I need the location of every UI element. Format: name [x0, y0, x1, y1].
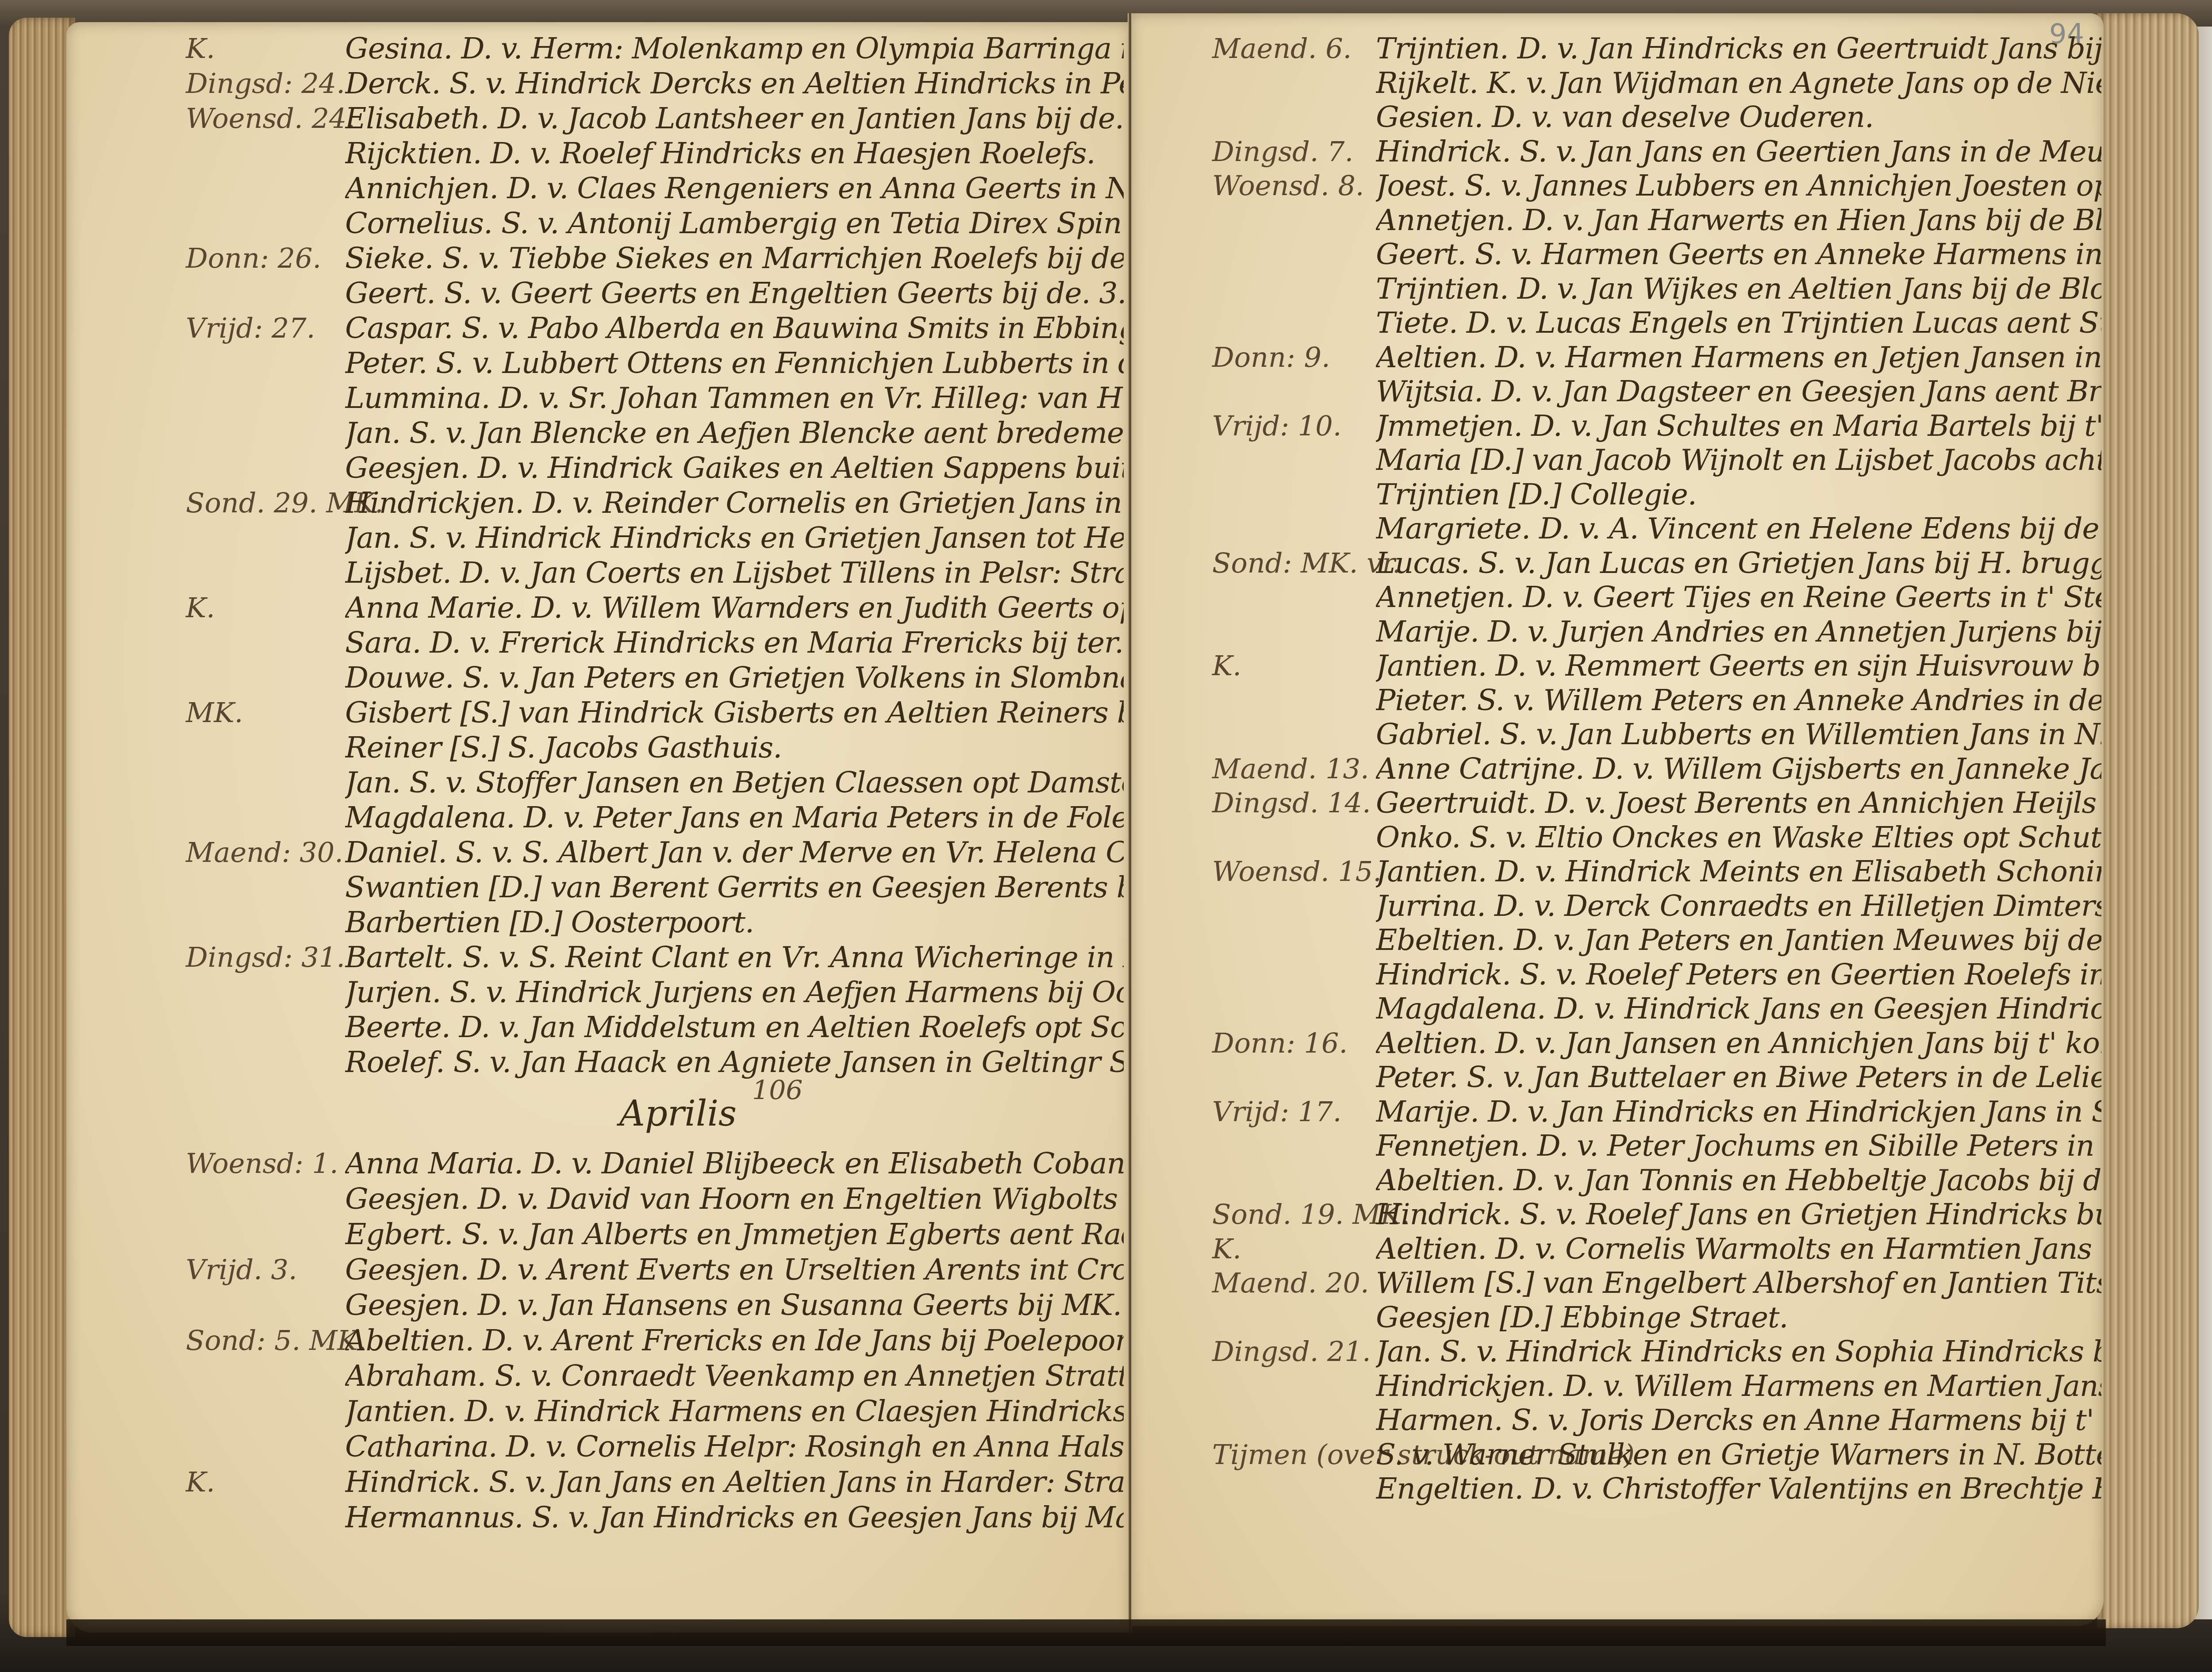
- entry-date-label: MK.: [186, 695, 243, 730]
- register-entry: Reiner [S.] S. Jacobs Gasthuis.: [345, 730, 782, 765]
- month-heading: Aprilis: [619, 1093, 737, 1134]
- register-entry: Beerte. D. v. Jan Middelstum en Aeltien …: [345, 1010, 1124, 1045]
- register-entry: Jmmetjen. D. v. Jan Schultes en Maria Ba…: [1376, 408, 2101, 444]
- entry-date-label: Woensd. 8.: [1212, 168, 1364, 204]
- register-entry: Fennetjen. D. v. Peter Jochums en Sibill…: [1376, 1128, 2101, 1164]
- register-entry: Jurjen. S. v. Hindrick Jurjens en Aefjen…: [345, 975, 1124, 1010]
- register-entry: Catharina. D. v. Cornelis Helpr: Rosingh…: [345, 1429, 1124, 1464]
- register-entry: Bartelt. S. v. S. Reint Clant en Vr. Ann…: [345, 940, 1124, 975]
- register-entry: Harmen. S. v. Joris Dercks en Anne Harme…: [1376, 1403, 2101, 1438]
- entry-date-label: Sond: 5. MK.: [186, 1323, 366, 1358]
- entry-date-label: Vrijd. 3.: [186, 1252, 297, 1288]
- register-entry: Rijcktien. D. v. Roelef Hindricks en Hae…: [345, 136, 1095, 171]
- entry-date-label: Sond: MK. vr.: [1212, 546, 1401, 581]
- entry-date-label: Maend. 13.: [1212, 751, 1369, 787]
- register-entry: Lummina. D. v. Sr. Johan Tammen en Vr. H…: [345, 381, 1124, 416]
- entry-date-label: K.: [186, 31, 215, 66]
- folio-note: 106: [752, 1075, 803, 1106]
- register-entry: Marije. D. v. Jurjen Andries en Annetjen…: [1376, 614, 2101, 650]
- register-entry: Wijtsia. D. v. Jan Dagsteer en Geesjen J…: [1376, 374, 2101, 409]
- entry-date-label: Maend. 6.: [1212, 31, 1352, 66]
- register-entry: Barbertien [D.] Oosterpoort.: [345, 905, 754, 940]
- register-entry: Tiete. D. v. Lucas Engels en Trijntien L…: [1376, 305, 2101, 341]
- entry-date-label: K.: [186, 590, 215, 626]
- right-page-edges: [2097, 13, 2199, 1628]
- register-entry: Gesina. D. v. Herm: Molenkamp en Olympia…: [345, 31, 1124, 66]
- register-entry: Geesjen. D. v. Hindrick Gaikes en Aeltie…: [345, 450, 1124, 486]
- register-entry: Roelef. S. v. Jan Haack en Agniete Janse…: [345, 1045, 1124, 1080]
- register-entry: Cornelius. S. v. Antonij Lambergig en Te…: [345, 206, 1124, 241]
- register-entry: Engeltien. D. v. Christoffer Valentijns …: [1376, 1471, 2101, 1507]
- register-entry: Abraham. S. v. Conraedt Veenkamp en Anne…: [345, 1358, 1124, 1394]
- register-entry: Lijsbet. D. v. Jan Coerts en Lijsbet Til…: [345, 555, 1124, 591]
- register-entry: Sara. D. v. Frerick Hindricks en Maria F…: [345, 625, 1124, 661]
- register-entry: Jan. S. v. Stoffer Jansen en Betjen Clae…: [345, 765, 1124, 800]
- entry-date-label: Dingsd. 7.: [1212, 134, 1353, 169]
- register-entry: Jantien. D. v. Hindrick Meints en Elisab…: [1376, 854, 2101, 889]
- register-entry: Maria [D.] van Jacob Wijnolt en Lijsbet …: [1376, 442, 2101, 478]
- register-entry: Willem [S.] van Engelbert Albershof en J…: [1376, 1265, 2101, 1301]
- register-entry: Peter. S. v. Jan Buttelaer en Biwe Peter…: [1376, 1060, 2101, 1095]
- register-entry: Hindrickjen. D. v. Reinder Cornelis en G…: [345, 485, 1124, 521]
- register-entry: Joest. S. v. Jannes Lubbers en Annichjen…: [1376, 168, 2101, 204]
- register-entry: Magdalena. D. v. Peter Jans en Maria Pet…: [345, 800, 1124, 835]
- register-entry: Jan. S. v. Hindrick Hindricks en Grietje…: [345, 520, 1124, 556]
- register-entry: Hindrick. S. v. Roelef Peters en Geertie…: [1376, 957, 2101, 992]
- register-entry: Magdalena. D. v. Hindrick Jans en Geesje…: [1376, 991, 2101, 1026]
- entry-date-label: K.: [186, 1464, 215, 1500]
- register-entry: Anna Marie. D. v. Willem Warnders en Jud…: [345, 590, 1124, 626]
- entry-date-label: Woensd. 24.: [186, 101, 355, 136]
- register-entry: Derck. S. v. Hindrick Dercks en Aeltien …: [345, 66, 1124, 101]
- register-entry: Gisbert [S.] van Hindrick Gisberts en Ae…: [345, 695, 1124, 730]
- register-entry: Aeltien. D. v. Harmen Harmens en Jetjen …: [1376, 340, 2101, 375]
- left-page-edges: [9, 18, 75, 1637]
- register-entry: Daniel. S. v. S. Albert Jan v. der Merve…: [345, 835, 1124, 870]
- register-entry: Egbert. S. v. Jan Alberts en Jmmetjen Eg…: [345, 1217, 1124, 1252]
- register-entry: Geesjen. D. v. David van Hoorn en Engelt…: [345, 1181, 1124, 1217]
- entry-date-label: Dingsd: 24.: [186, 66, 345, 101]
- entry-date-label: Woensd: 1.: [186, 1146, 338, 1181]
- entry-date-label: Donn: 26.: [186, 241, 321, 276]
- entry-date-label: K.: [1212, 1231, 1241, 1267]
- bottom-shadow: [66, 1619, 2106, 1646]
- entry-date-label: Dingsd. 14.: [1212, 785, 1371, 821]
- register-entry: Annetjen. D. v. Jan Harwerts en Hien Jan…: [1376, 203, 2101, 238]
- register-entry: Hindrick. S. v. Roelef Jans en Grietjen …: [1376, 1197, 2101, 1232]
- register-entry: Peter. S. v. Lubbert Ottens en Fennichje…: [345, 346, 1124, 381]
- register-entry: Geert. S. v. Geert Geerts en Engeltien G…: [345, 276, 1124, 311]
- register-entry: Pieter. S. v. Willem Peters en Anneke An…: [1376, 683, 2101, 718]
- register-entry: Trijntien. D. v. Jan Wijkes en Aeltien J…: [1376, 271, 2101, 307]
- register-entry: Jurrina. D. v. Derck Conraedts en Hillet…: [1376, 888, 2101, 924]
- entry-date-label: Vrijd: 17.: [1212, 1094, 1341, 1130]
- register-entry: Sieke. S. v. Tiebbe Siekes en Marrichjen…: [345, 241, 1124, 276]
- register-entry: Onko. S. v. Eltio Onckes en Waske Elties…: [1376, 820, 2101, 855]
- register-entry: Aeltien. D. v. Jan Jansen en Annichjen J…: [1376, 1026, 2101, 1061]
- register-entry: Jan. S. v. Hindrick Hindricks en Sophia …: [1376, 1334, 2101, 1369]
- register-entry: Jan. S. v. Jan Blencke en Aefjen Blencke…: [345, 415, 1124, 451]
- register-entry: Geertruidt. D. v. Joest Berents en Annic…: [1376, 785, 2101, 821]
- entry-date-label: Vrijd: 27.: [186, 311, 315, 346]
- register-entry: Geesjen [D.] Ebbinge Straet.: [1376, 1300, 1788, 1335]
- register-entry: Margriete. D. v. A. Vincent en Helene Ed…: [1376, 511, 2101, 546]
- register-entry: Hindrick. S. v. Jan Jans en Geertien Jan…: [1376, 134, 2101, 169]
- entry-date-label: Dingsd: 31.: [186, 940, 345, 975]
- register-entry: Geesjen. D. v. Arent Everts en Urseltien…: [345, 1252, 1124, 1288]
- register-entry: Rijkelt. K. v. Jan Wijdman en Agnete Jan…: [1376, 65, 2101, 101]
- register-entry: Marije. D. v. Jan Hindricks en Hindrickj…: [1376, 1094, 2101, 1130]
- register-entry: Trijntien [D.] Collegie.: [1376, 477, 1697, 512]
- register-entry: Annichjen. D. v. Claes Rengeniers en Ann…: [345, 171, 1124, 206]
- book-gutter: [1128, 13, 1132, 1633]
- entry-date-label: Donn: 16.: [1212, 1026, 1348, 1061]
- register-entry: S. v. Warner Stulken en Grietje Warners …: [1376, 1437, 2101, 1472]
- register-entry: Jantien. D. v. Hindrick Harmens en Claes…: [345, 1394, 1124, 1429]
- register-entry: Trijntien. D. v. Jan Hindricks en Geertr…: [1376, 31, 2101, 66]
- register-entry: Caspar. S. v. Pabo Alberda en Bauwina Sm…: [345, 311, 1124, 346]
- register-entry: Ebeltien. D. v. Jan Peters en Jantien Me…: [1376, 922, 2101, 958]
- register-entry: Abeltien. D. v. Jan Tonnis en Hebbeltje …: [1376, 1163, 2101, 1198]
- entry-date-label: Maend: 30.: [186, 835, 343, 870]
- register-entry: Lucas. S. v. Jan Lucas en Grietjen Jans …: [1376, 546, 2101, 581]
- register-entry: Elisabeth. D. v. Jacob Lantsheer en Jant…: [345, 101, 1124, 136]
- register-entry: Douwe. S. v. Jan Peters en Grietjen Volk…: [345, 660, 1124, 696]
- register-entry: Geesjen. D. v. Jan Hansens en Susanna Ge…: [345, 1288, 1121, 1323]
- register-entry: Abeltien. D. v. Arent Frericks en Ide Ja…: [345, 1323, 1124, 1358]
- entry-date-label: Woensd. 15.: [1212, 854, 1382, 889]
- register-entry: Hindrick. S. v. Jan Jans en Aeltien Jans…: [345, 1464, 1124, 1500]
- entry-date-label: Maend. 20.: [1212, 1265, 1369, 1301]
- register-entry: Anne Catrijne. D. v. Willem Gijsberts en…: [1376, 751, 2101, 787]
- register-entry: Hindrickjen. D. v. Willem Harmens en Mar…: [1376, 1368, 2101, 1404]
- register-entry: Geert. S. v. Harmen Geerts en Anneke Har…: [1376, 237, 2101, 272]
- register-entry: Annetjen. D. v. Geert Tijes en Reine Gee…: [1376, 580, 2101, 615]
- register-entry: Hermannus. S. v. Jan Hindricks en Geesje…: [345, 1500, 1124, 1535]
- entry-date-label: Vrijd: 10.: [1212, 408, 1341, 444]
- entry-date-label: Donn: 9.: [1212, 340, 1330, 375]
- register-entry: Gabriel. S. v. Jan Lubberts en Willemtie…: [1376, 717, 2101, 752]
- register-entry: Aeltien. D. v. Cornelis Warmolts en Harm…: [1376, 1231, 2101, 1267]
- register-entry: Anna Maria. D. v. Daniel Blijbeeck en El…: [345, 1146, 1124, 1181]
- register-entry: Swantien [D.] van Berent Gerrits en Gees…: [345, 870, 1124, 905]
- entry-date-label: K.: [1212, 648, 1241, 684]
- entry-date-label: Dingsd. 21.: [1212, 1334, 1371, 1369]
- register-entry: Jantien. D. v. Remmert Geerts en sijn Hu…: [1376, 648, 2101, 684]
- register-entry: Gesien. D. v. van deselve Ouderen.: [1376, 100, 1874, 135]
